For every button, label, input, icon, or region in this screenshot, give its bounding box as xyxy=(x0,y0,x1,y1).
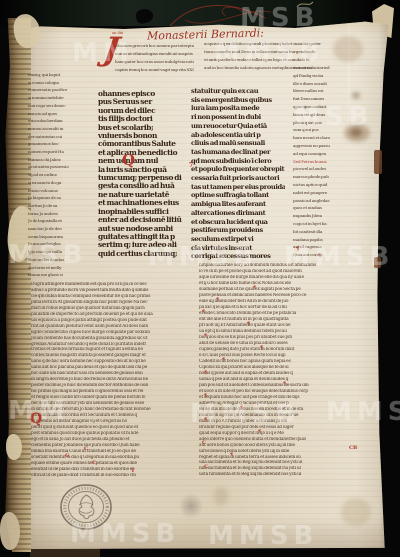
text-line: tis filijs doctori xyxy=(98,115,188,123)
text-line: sis emergentibus quibus xyxy=(191,96,285,105)
text-line: cliuis ad malū sensuali xyxy=(191,139,285,148)
text-line: officiat ut de plano dixit Transtulit in… xyxy=(31,473,192,479)
red-paragraph-mark: ¶ xyxy=(258,430,261,435)
smudge xyxy=(180,492,202,520)
binding-edge xyxy=(4,18,31,552)
red-paragraph-mark: T xyxy=(131,469,135,474)
text-line: nomen ascendit in xyxy=(28,125,94,133)
text-line: et aplicam benedictio xyxy=(98,149,188,157)
text-line: lensio volcanus xyxy=(28,187,94,195)
text-line: pus Seruus ser xyxy=(98,98,188,106)
digitization-watermark: MSB xyxy=(240,5,319,31)
red-paragraph-mark: ¶ xyxy=(204,334,207,339)
red-paragraph-mark: ¶ xyxy=(222,358,225,363)
digitization-watermark: MM xyxy=(8,398,70,424)
red-paragraph-mark: C xyxy=(84,447,88,452)
torn-flap xyxy=(6,434,22,460)
text-line: statuitur quin ex cau xyxy=(191,87,285,96)
right-margin-gloss: men et voluntariedqd Pindiq vis itaille … xyxy=(293,64,373,260)
text-line: marcos phede pub xyxy=(293,173,373,181)
text-line: tas humana declinat per xyxy=(191,148,285,157)
text-line: picowel ad audes xyxy=(293,165,373,173)
text-line: iura iam posita mede xyxy=(191,104,285,113)
text-line: torna Jo andree xyxy=(28,210,94,218)
text-line: ne nature uarietatē xyxy=(98,191,188,199)
text-line: non rogo seu donec xyxy=(28,102,94,110)
red-paragraph-mark: C xyxy=(204,465,208,470)
text-line: nomen requirit Ha xyxy=(28,148,94,156)
text-line: der naturistas cui xyxy=(28,133,94,141)
text-line: aggressio no passu xyxy=(293,142,373,150)
text-line: sicut antea possessio xyxy=(28,163,94,171)
text-line: et obscura lucident qua xyxy=(191,218,285,227)
digitization-watermark: MMSB xyxy=(148,244,258,270)
text-line: pestiferum prouidens xyxy=(191,226,285,235)
digitization-watermark: MMSB xyxy=(70,521,180,547)
red-paragraph-mark: CB xyxy=(349,446,357,451)
text-line: si conuo cologia xyxy=(28,79,94,87)
digitization-watermark: MMSB xyxy=(326,399,400,425)
fore-edge-mark xyxy=(374,150,382,174)
text-line: bit candesit illa xyxy=(293,228,373,236)
text-line: impandis Jdem xyxy=(293,212,373,220)
text-line: et populo frequenter obrepit ne xyxy=(191,165,285,174)
main-text-column-1: ohannes episcopus Seruus seruorum dei di… xyxy=(98,90,188,259)
bottom-gloss-right: ninpalo naturale uery ad dominum mundus … xyxy=(199,263,371,479)
red-paragraph-mark: C xyxy=(92,461,96,466)
text-line: inopinabiles suffici xyxy=(98,208,188,216)
text-line: nuncio ad ques xyxy=(28,110,94,118)
red-paragraph-mark: ¶ xyxy=(247,322,250,327)
text-line: ad equi conuigen xyxy=(293,150,373,158)
red-paragraph-mark: ¶ xyxy=(202,310,205,315)
text-line: qd mox subdiuisio ī clero xyxy=(191,157,285,166)
text-line: enter ad decisionē litiū xyxy=(98,216,188,224)
text-line: buimus chi Jabez xyxy=(28,156,94,164)
digitization-watermark: MM xyxy=(72,40,134,66)
text-line: bus et scolarib; xyxy=(98,124,188,132)
manuscript-scan: Monasterii Bernardi: an dm̃ J Q Q ohanne… xyxy=(0,0,400,557)
text-line: quos et uindias xyxy=(293,204,373,212)
text-line: baro necnō et claro xyxy=(293,134,373,142)
red-paragraph-mark: ¶ xyxy=(204,371,207,376)
digitization-watermark: MMSB xyxy=(214,40,324,66)
digitization-watermark: MSB xyxy=(8,242,87,268)
text-line: tumcumq; perpenso di xyxy=(98,174,188,182)
text-line: passio ad augledas xyxy=(293,197,373,205)
red-initial-q: Q xyxy=(122,153,135,168)
bottom-gloss-left: Dugril attingere manifestum est quia pro… xyxy=(31,282,192,479)
text-line: ohannes episco xyxy=(98,90,188,98)
text-line: um reuocetur Quia etiā xyxy=(191,122,285,131)
text-line: qd Pindiq vis ita xyxy=(293,72,373,80)
text-line: Sed Petrus bonus xyxy=(293,158,373,166)
text-line: cōmorantibus Salute xyxy=(98,140,188,148)
digitization-watermark: MMSB xyxy=(190,401,300,427)
text-line: cessaria fuit prioris auctori xyxy=(191,174,285,183)
text-line: libere nullas est xyxy=(293,87,373,95)
text-line: nabit est pungere xyxy=(293,189,373,197)
text-line: altercationes dirimant xyxy=(191,209,285,218)
red-paragraph-mark: ¶ xyxy=(216,298,219,303)
red-paragraph-mark: C xyxy=(202,441,206,446)
red-paragraph-mark: G xyxy=(65,454,69,459)
text-line: si nomina indebite xyxy=(28,94,94,102)
red-paragraph-mark: 7 xyxy=(189,163,193,169)
text-line: guitates attingit ita p xyxy=(98,233,188,241)
text-line: ri non possent in dubi xyxy=(191,113,285,122)
digitization-watermark: MMSB xyxy=(208,523,318,549)
text-line: ambigua lites auferant xyxy=(191,200,285,209)
text-line: vij ad ex ordine xyxy=(28,171,94,179)
text-line: la iuris sanctio quā xyxy=(98,166,188,174)
red-paragraph-mark: ¶ xyxy=(283,382,286,387)
text-line: gouamenos hoc xyxy=(28,140,94,148)
red-paragraph-mark: ¶ xyxy=(260,346,263,351)
text-line: ab adolescentia uiri p xyxy=(191,131,285,140)
red-paragraph-mark: ¶ xyxy=(230,453,233,458)
torn-flap xyxy=(0,512,20,550)
main-text-column-2: statuitur quin ex causis emergentibus qu… xyxy=(191,87,285,262)
text-line: nortius Jo de sa xyxy=(28,202,94,210)
digitization-watermark: MSB xyxy=(294,104,373,130)
text-line: uorum dei dilec xyxy=(98,107,188,115)
text-line: nem uoniam nul xyxy=(98,157,188,165)
text-line: Jo hispanus de sa xyxy=(28,194,94,202)
text-line: nancion Jo de deo xyxy=(28,225,94,233)
digitization-watermark: MMSB xyxy=(284,244,394,270)
text-line: eria solus berdian xyxy=(28,117,94,125)
text-line: aut sue nodose ambi xyxy=(98,225,188,233)
stain xyxy=(214,487,228,505)
text-line: vniuersis bonon xyxy=(98,132,188,140)
text-line: uota furamenta et fo Reg xiq mi defendit… xyxy=(199,472,371,478)
text-line: conuersatio pacifice xyxy=(28,86,94,94)
text-line: si ex sancto do ga xyxy=(28,179,94,187)
stain xyxy=(341,498,371,526)
text-line: tas ut tamen per eius prouida xyxy=(191,183,285,192)
text-line: optime suffragia tollant xyxy=(191,191,285,200)
text-line: emsiq; qui loquit xyxy=(28,71,94,79)
text-line: cogo ut in hyet ba xyxy=(293,220,373,228)
text-line: gesta consilio ad huā xyxy=(98,182,188,190)
text-line: uictus aptice quid xyxy=(293,181,373,189)
text-line: ille e diues scandi xyxy=(293,80,373,88)
red-paragraph-mark: ¶ xyxy=(253,286,256,291)
text-line: Jo de lagustalla et xyxy=(28,217,94,225)
text-line: et machinationes eius xyxy=(98,199,188,207)
text-line: bonan me ghost si xyxy=(28,271,94,279)
